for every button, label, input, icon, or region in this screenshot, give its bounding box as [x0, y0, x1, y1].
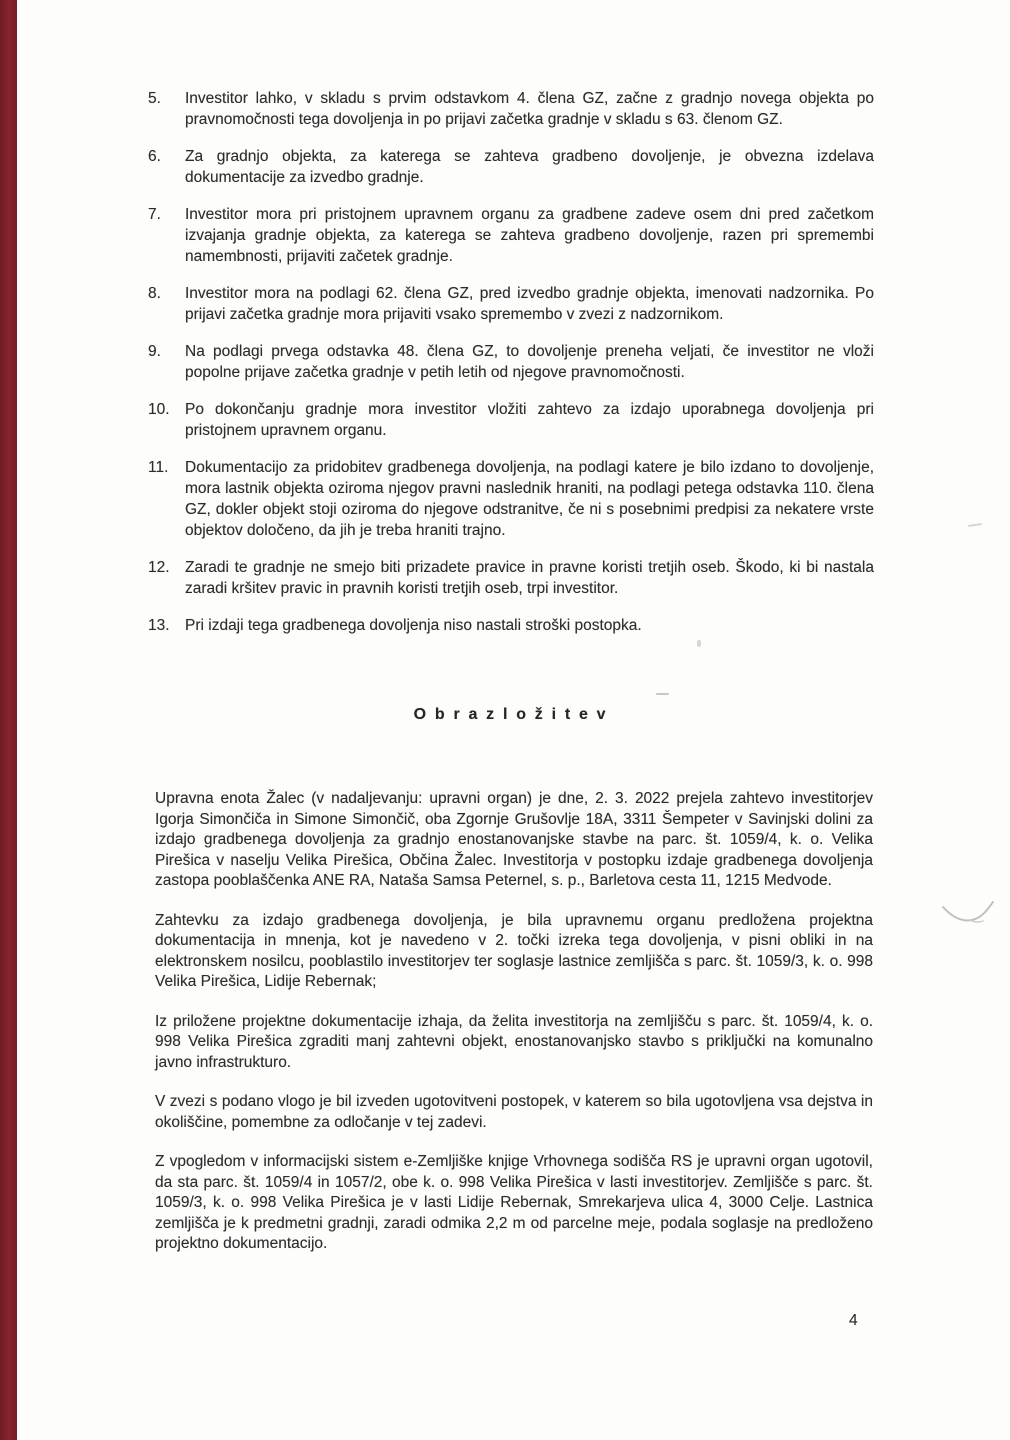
item-number: 8. [148, 283, 185, 325]
paragraph: Z vpogledom v informacijski sistem e-Zem… [155, 1152, 873, 1255]
list-item: 13. Pri izdaji tega gradbenega dovoljenj… [148, 615, 874, 636]
list-item: 9. Na podlagi prvega odstavka 48. člena … [148, 341, 874, 383]
list-item: 8. Investitor mora na podlagi 62. člena … [148, 283, 874, 325]
item-text: Na podlagi prvega odstavka 48. člena GZ,… [185, 341, 874, 383]
item-text: Investitor mora na podlagi 62. člena GZ,… [185, 283, 874, 325]
paragraph: Iz priložene projektne dokumentacije izh… [155, 1012, 873, 1074]
section-heading: Obrazložitev [155, 706, 873, 724]
list-item: 12. Zaradi te gradnje ne smejo biti priz… [148, 557, 874, 599]
item-text: Dokumentacijo za pridobitev gradbenega d… [185, 457, 874, 541]
item-number: 6. [148, 146, 185, 188]
item-number: 13. [148, 615, 185, 636]
scan-edge-stripe [0, 0, 17, 1440]
numbered-clauses: 5. Investitor lahko, v skladu s prvim od… [148, 88, 874, 652]
item-number: 5. [148, 88, 185, 130]
item-text: Zaradi te gradnje ne smejo biti prizadet… [185, 557, 874, 599]
paragraph: Zahtevku za izdajo gradbenega dovoljenja… [155, 911, 873, 993]
list-item: 11. Dokumentacijo za pridobitev gradbene… [148, 457, 874, 541]
item-number: 12. [148, 557, 185, 599]
page-number: 4 [849, 1312, 858, 1330]
item-text: Investitor mora pri pristojnem upravnem … [185, 204, 874, 267]
item-number: 11. [148, 457, 185, 541]
item-number: 7. [148, 204, 185, 267]
item-number: 9. [148, 341, 185, 383]
item-text: Za gradnjo objekta, za katerega se zahte… [185, 146, 874, 188]
item-text: Investitor lahko, v skladu s prvim odsta… [185, 88, 874, 130]
item-text: Po dokončanju gradnje mora investitor vl… [185, 399, 874, 441]
list-item: 7. Investitor mora pri pristojnem upravn… [148, 204, 874, 267]
scan-smudge [656, 693, 669, 695]
scan-speck [968, 523, 982, 527]
document-page: { "colors": { "edge_stripe": "#87242f", … [0, 0, 1010, 1440]
paragraph: V zvezi s podano vlogo je bil izveden ug… [155, 1092, 873, 1133]
list-item: 5. Investitor lahko, v skladu s prvim od… [148, 88, 874, 130]
list-item: 6. Za gradnjo objekta, za katerega se za… [148, 146, 874, 188]
scan-squiggle [940, 895, 996, 931]
list-item: 10. Po dokončanju gradnje mora investito… [148, 399, 874, 441]
item-number: 10. [148, 399, 185, 441]
body-paragraphs: Upravna enota Žalec (v nadaljevanju: upr… [155, 789, 873, 1274]
paragraph: Upravna enota Žalec (v nadaljevanju: upr… [155, 789, 873, 892]
item-text: Pri izdaji tega gradbenega dovoljenja ni… [185, 615, 874, 636]
